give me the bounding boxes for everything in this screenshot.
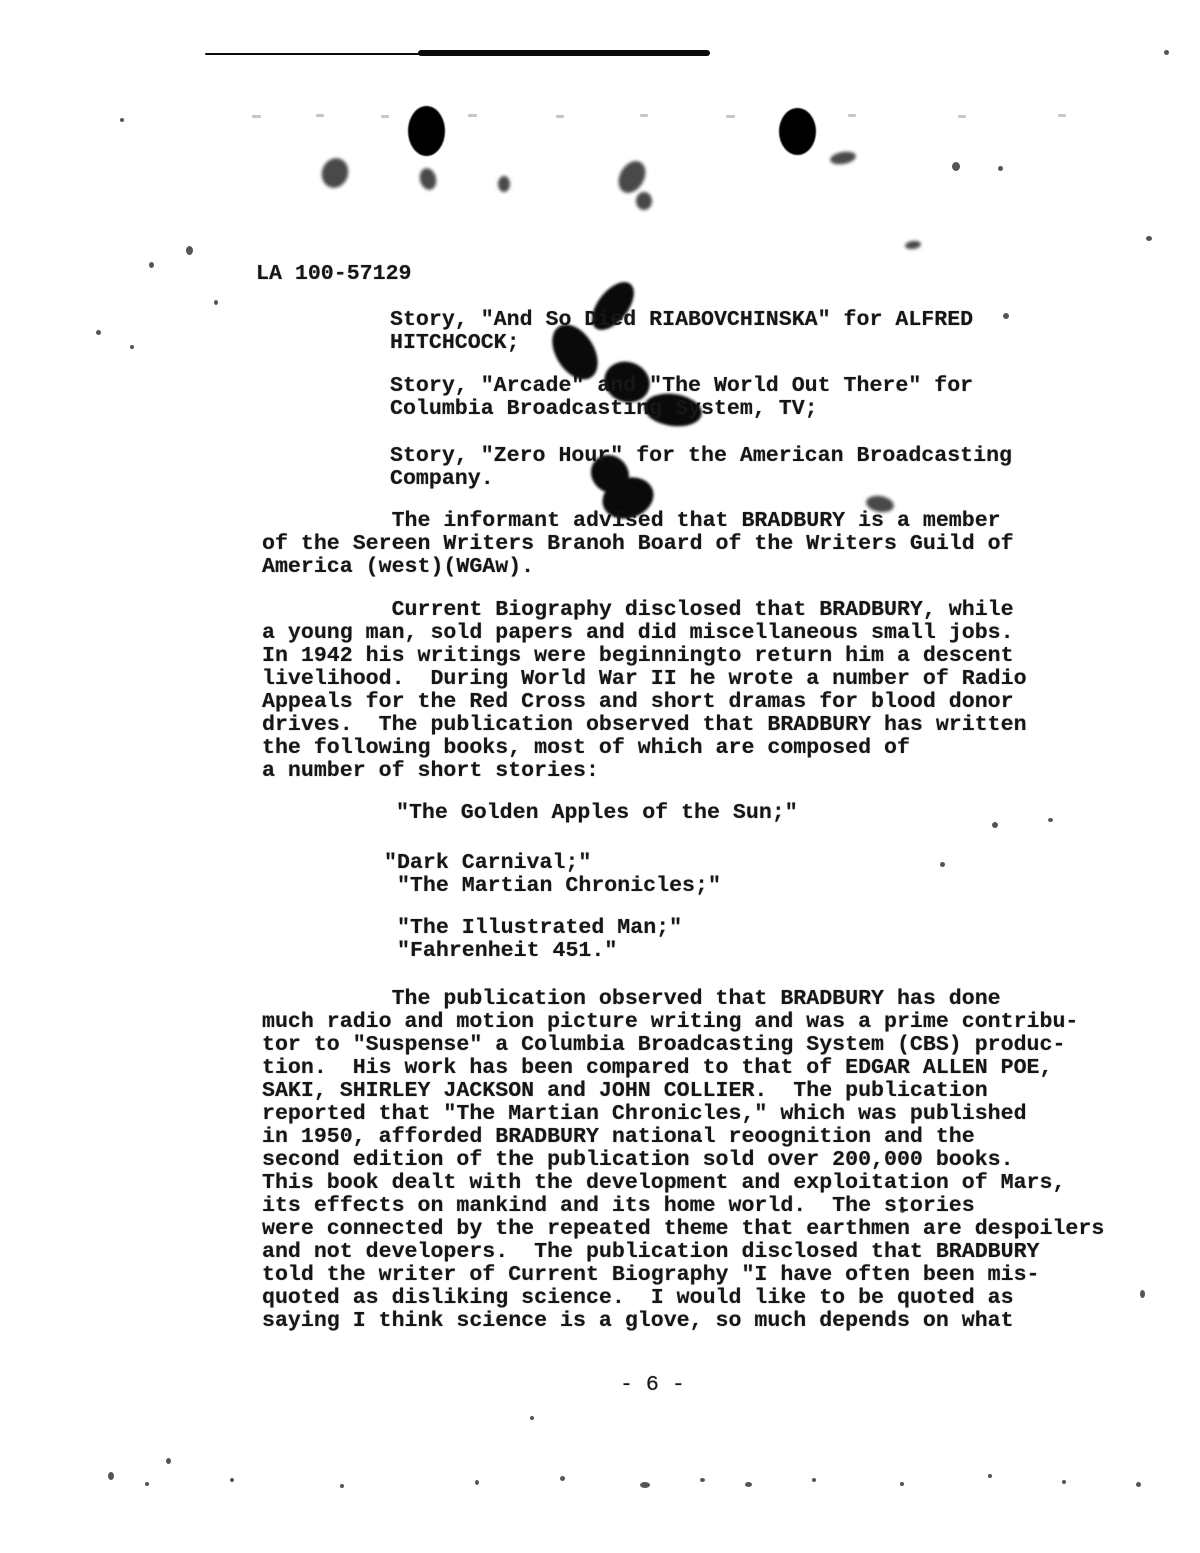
scan-speck [1003,313,1009,319]
scan-speck [108,1472,114,1480]
paragraph-publication: The publication observed that BRADBURY h… [262,988,1104,1333]
scan-noise-dash [468,114,477,117]
book-list-group-2: "Dark Carnival;" "The Martian Chronicles… [384,852,721,898]
scan-speck [530,1416,534,1420]
scan-speck [998,166,1003,171]
scan-speck [812,1478,816,1482]
document-page: LA 100-57129 Story, "And So Died RIABOVC… [0,0,1200,1553]
hole-punch-right [779,108,816,155]
ink-smudge [417,166,438,191]
ink-smudge [318,154,353,191]
book-list-group-1: "The Golden Apples of the Sun;" [396,802,798,825]
scan-speck [149,262,154,268]
ink-smudge [636,192,652,210]
story-block-hitchcock: Story, "And So Died RIABOVCHINSKA" for A… [390,309,973,355]
scan-speck [1146,236,1152,241]
scan-noise-dash [381,115,389,118]
scan-speck [1140,1290,1145,1298]
case-number: LA 100-57129 [256,263,412,286]
scan-speck [145,1482,149,1486]
scan-noise-dash [1058,114,1066,117]
scan-noise-dash [848,114,856,117]
ink-smudge [829,150,857,166]
story-block-cbs: Story, "Arcade" and "The World Out There… [390,375,973,421]
scan-speck [1062,1480,1066,1484]
scan-speck [940,862,945,867]
scan-speck [992,822,998,828]
scan-noise-dash [958,115,966,118]
scan-speck [120,118,124,122]
scan-noise-dash [252,115,261,118]
story-block-abc: Story, "Zero Hour" for the American Broa… [390,445,1012,491]
scan-speck [988,1474,992,1478]
scan-noise-dash [640,114,648,117]
book-list-group-3: "The Illustrated Man;" "Fahrenheit 451." [397,917,682,963]
scan-speck [96,330,101,335]
scan-speck [952,162,960,171]
page-number: - 6 - [620,1374,685,1397]
scan-line-artifact-thick [418,50,710,56]
scan-speck [560,1476,565,1481]
hole-punch-left [408,106,445,156]
scan-noise-dash [556,115,564,118]
scan-speck [745,1482,752,1487]
scan-speck [475,1480,479,1485]
scan-noise-dash [316,114,324,117]
scan-speck [900,1482,904,1486]
scan-speck [214,300,218,305]
scan-speck [1136,1482,1141,1487]
scan-speck [186,246,193,255]
scan-speck [700,1478,705,1482]
scan-speck [130,345,134,349]
scan-speck [1048,818,1053,822]
scan-speck [640,1482,650,1488]
ink-smudge [905,240,922,250]
scan-speck [166,1458,171,1464]
scan-speck [340,1484,344,1488]
paragraph-informant: The informant advised that BRADBURY is a… [262,510,1014,579]
scan-speck [230,1478,234,1482]
ink-smudge [498,176,510,192]
scan-speck [1164,50,1169,55]
paragraph-biography: Current Biography disclosed that BRADBUR… [262,599,1027,783]
scan-noise-dash [726,115,735,118]
